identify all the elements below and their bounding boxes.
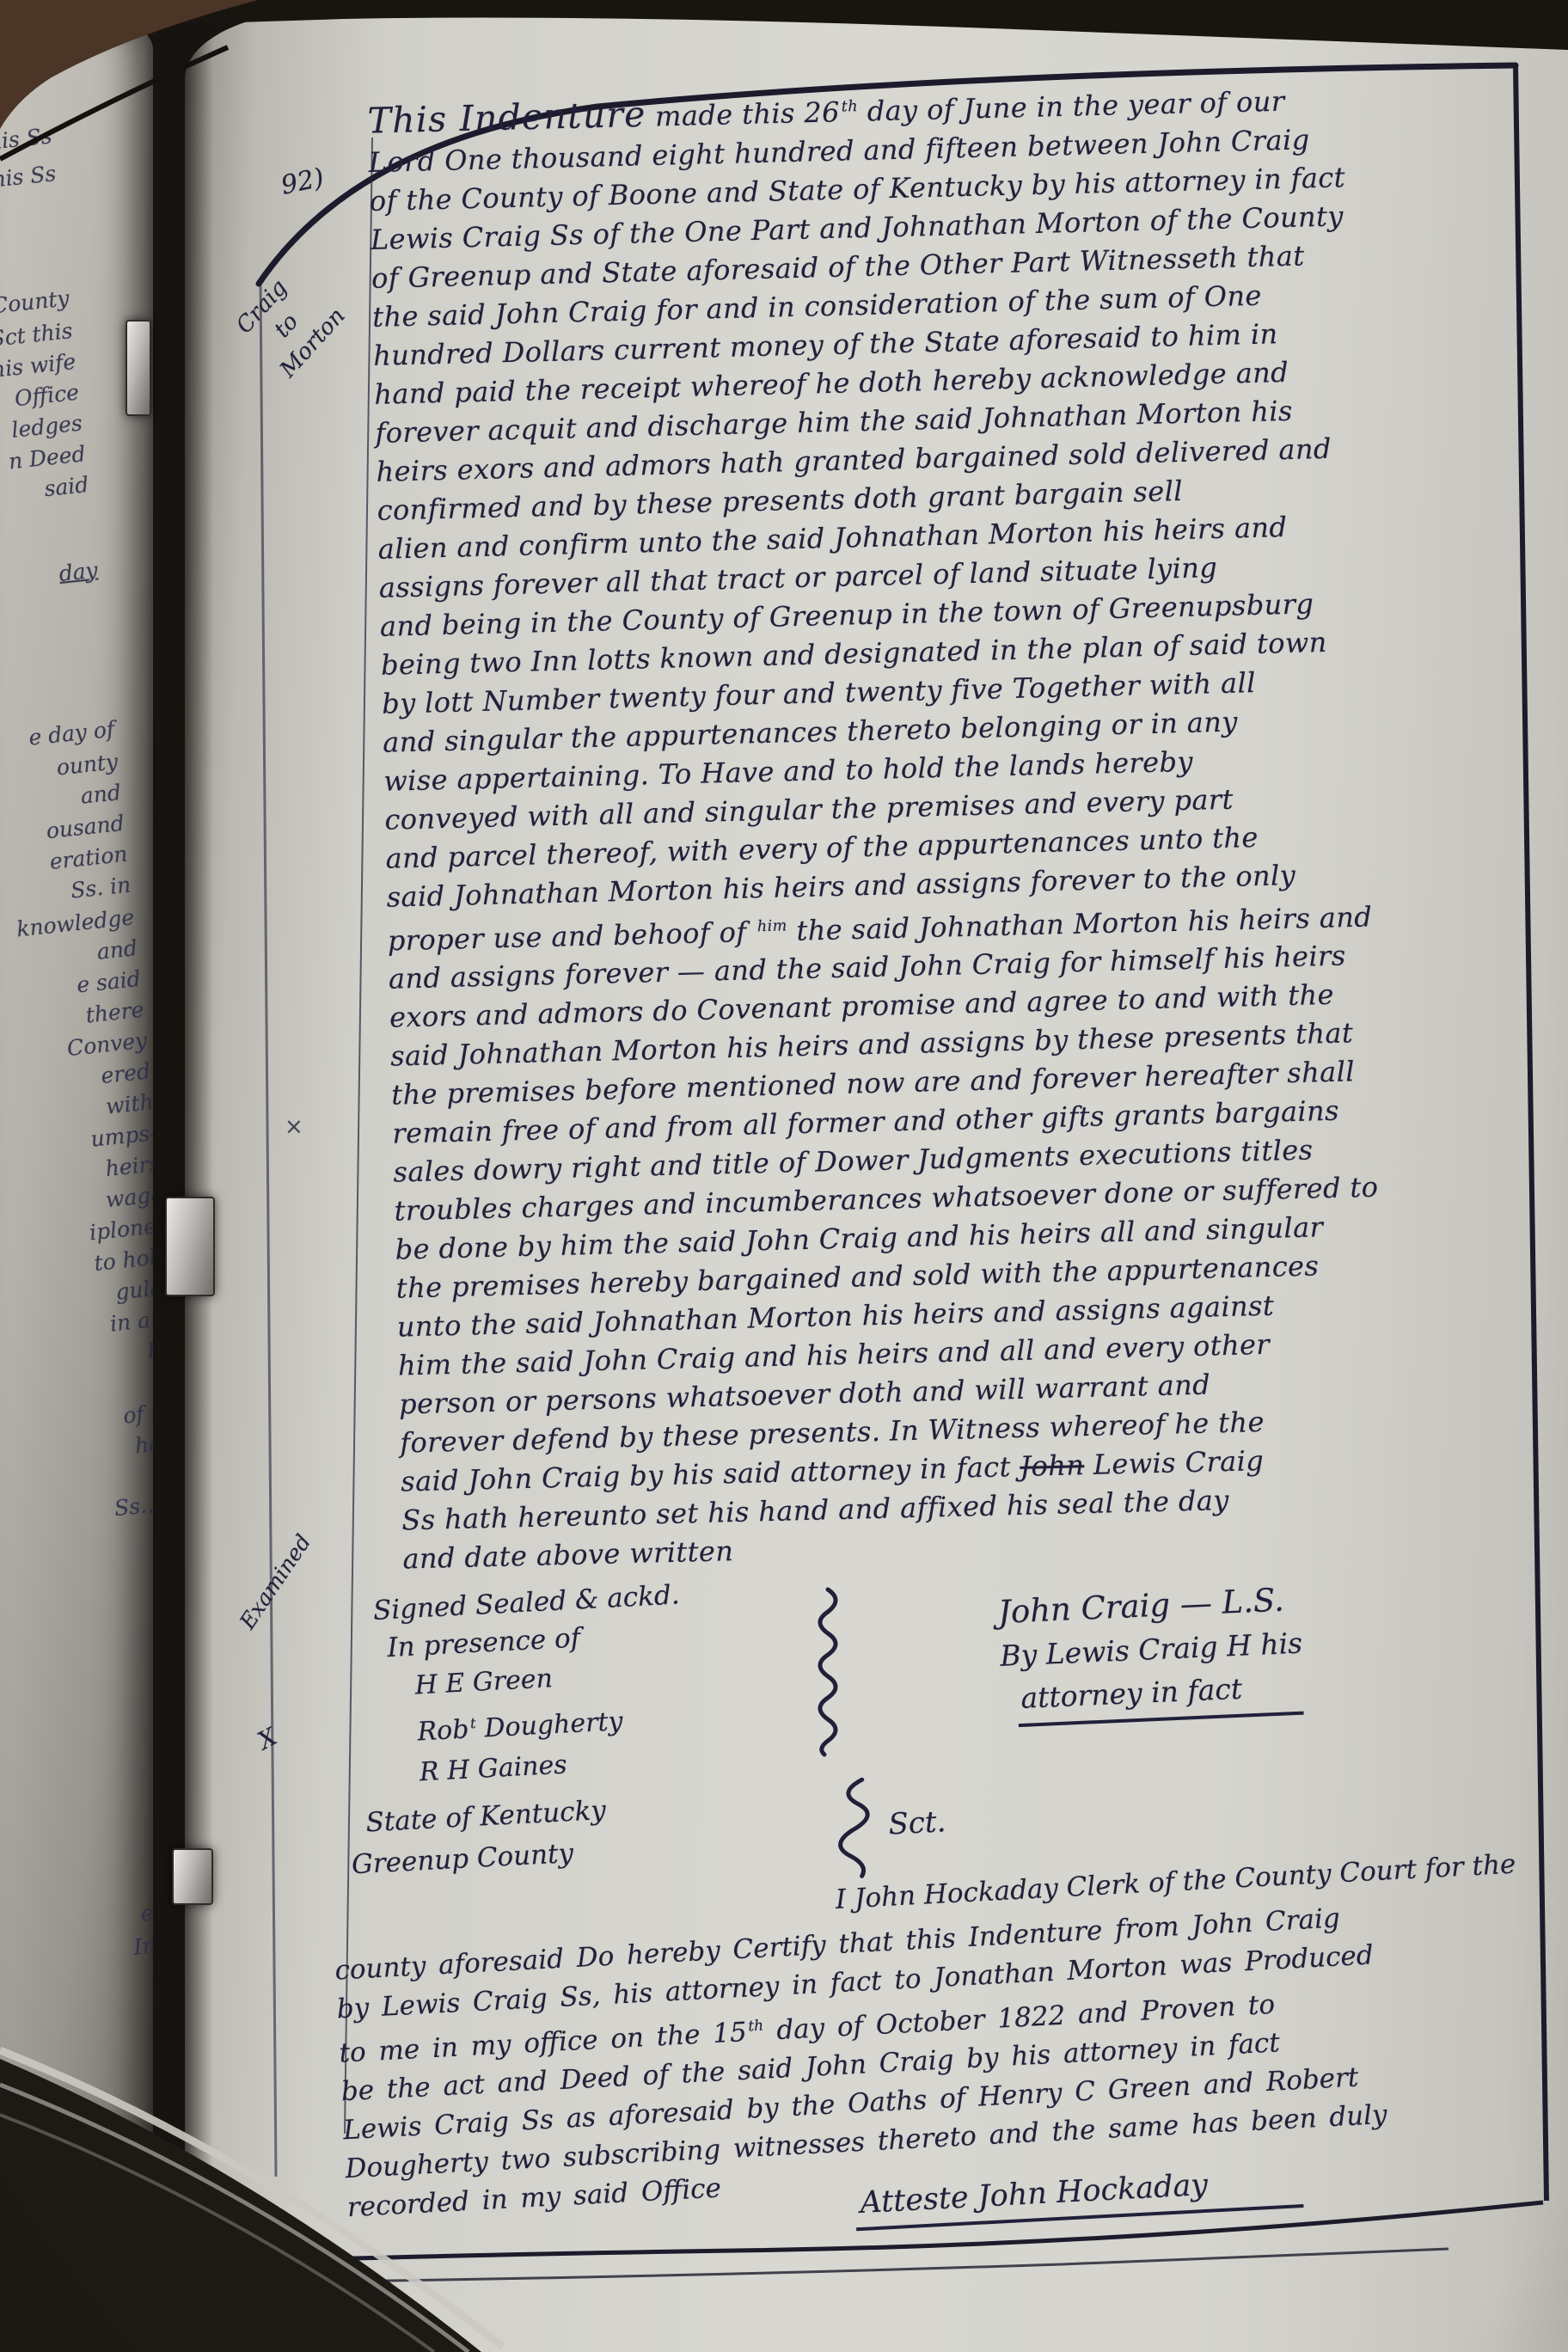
bracket-squiggle xyxy=(811,1586,845,1758)
left-page-fragment: Office xyxy=(14,380,81,412)
left-page-fragment: ledges xyxy=(10,410,83,442)
left-page-fragment: ounty xyxy=(55,749,119,780)
left-page-fragment: and xyxy=(95,935,138,965)
left-page-fragment: day xyxy=(58,557,99,586)
left-page-fragment: his wife xyxy=(0,349,77,383)
left-page-fragment: Sct this xyxy=(0,318,74,352)
book-gutter xyxy=(144,0,213,2352)
left-page-fragment: n Deed xyxy=(8,441,87,474)
certificate-county: Greenup County xyxy=(351,1838,574,1880)
witness-names: H E GreenRobt DoughertyR H Gaines xyxy=(414,1651,689,1792)
clerk-certificate: State of Kentucky Greenup County Sct. I … xyxy=(317,1737,1568,2318)
entry-number: 92) xyxy=(279,162,327,201)
left-page-fragment: iploner xyxy=(89,1212,153,1245)
examined-mark: X xyxy=(253,1722,281,1755)
record-book-photo: innis Ssinnis Ssthe CountySct thishis wi… xyxy=(0,0,1568,2352)
left-page-fragment: eration xyxy=(48,842,128,874)
left-page-fragment: ousand xyxy=(45,811,126,843)
margin-mark: × xyxy=(285,1114,303,1140)
left-page-fragment: Convey xyxy=(66,1027,149,1061)
signature-block: John Craig — L.S. By Lewis Craig H his a… xyxy=(997,1577,1306,1728)
binding-post xyxy=(126,320,151,416)
left-page-fragment: umps- xyxy=(89,1120,153,1152)
sct-brace xyxy=(824,1775,881,1881)
deed-body: This Indenture made this 26th day of Jun… xyxy=(367,76,1387,1579)
witness-block: Signed Sealed & ackd. In presence of H E… xyxy=(372,1576,689,1794)
left-page-fragment: said xyxy=(43,472,89,501)
left-page-fragment: the County xyxy=(0,285,70,322)
left-page-fragment: there xyxy=(84,997,144,1028)
certificate-opening-line: I John Hockaday Clerk of the County Cour… xyxy=(835,1849,1516,1915)
left-page-fragment: and xyxy=(79,780,122,809)
left-page-fragment: knowledge xyxy=(15,904,136,941)
certificate-state: State of Kentucky xyxy=(365,1795,607,1839)
left-page-fragment: Ss. in xyxy=(70,872,132,903)
sct-label: Sct. xyxy=(887,1804,946,1841)
left-page-fragment: innis Ss xyxy=(0,123,53,156)
margin-note-grantor: Craig to Morton xyxy=(230,260,352,382)
binding-post xyxy=(172,1848,213,1905)
left-page-fragment: e day of xyxy=(28,716,116,750)
deed-page: 92) Craig to Morton × Examined X This In… xyxy=(185,10,1568,2352)
left-page-fragment: e said xyxy=(76,966,142,998)
binding-post xyxy=(165,1197,215,1296)
examined-note: Examined xyxy=(235,1530,315,1634)
left-page-fragment: innis Ss xyxy=(0,161,57,194)
